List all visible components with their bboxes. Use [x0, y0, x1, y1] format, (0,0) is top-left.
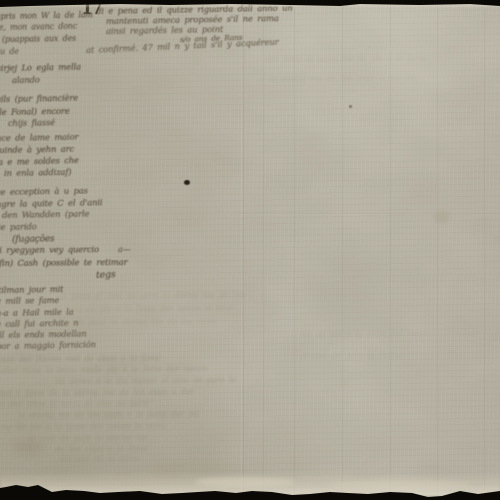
bottom-torn-edge-highlight — [0, 471, 500, 496]
stain — [349, 105, 352, 108]
stain — [300, 250, 420, 330]
photo-background: nan der fileren mel de ciam e la fameade… — [0, 0, 500, 500]
manuscript-page: nan der fileren mel de ciam e la fameade… — [0, 0, 500, 500]
stain — [434, 212, 450, 223]
stain — [55, 300, 115, 340]
stain — [12, 440, 46, 454]
stain — [380, 40, 460, 90]
stain — [184, 180, 190, 185]
stains-layer — [0, 0, 500, 500]
top-edge-highlight — [0, 4, 500, 7]
